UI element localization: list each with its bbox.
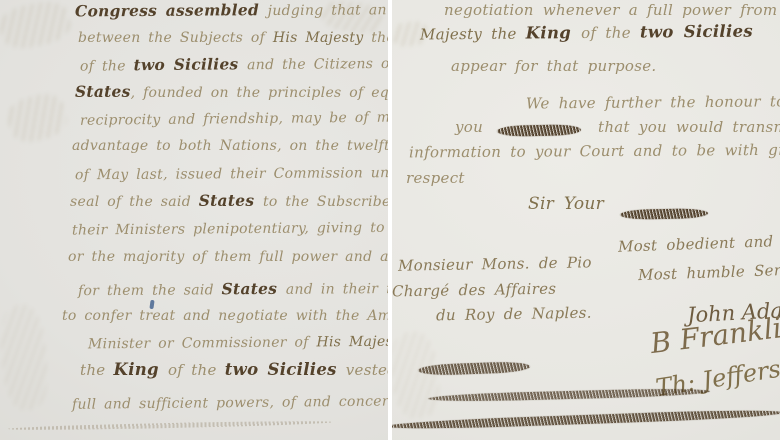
valediction-line: Most humble Servant xyxy=(638,261,780,284)
manuscript-line: or the majority of them full power and a… xyxy=(68,249,388,266)
manuscript-line: We have further the honour to request of xyxy=(526,92,780,112)
address-line: Monsieur Mons. de Pio xyxy=(398,254,592,274)
manuscript-text: that you would transmit the xyxy=(598,119,780,136)
manuscript-word: you xyxy=(455,119,483,136)
redaction-scribble xyxy=(620,208,708,220)
manuscript-line: appear for that purpose. xyxy=(451,58,656,75)
bleed-through-mark xyxy=(392,330,442,420)
manuscript-line: of the two Sicilies and the Citizens of … xyxy=(80,54,388,75)
manuscript-line: for them the said States and in their na… xyxy=(78,280,388,300)
manuscript-line: advantage to both Nations, on the twelft… xyxy=(72,138,388,155)
salutation-text: Sir Your xyxy=(528,196,604,213)
address-line: du Roy de Naples. xyxy=(436,305,592,325)
address-line: Chargé des Affaires xyxy=(392,281,556,301)
manuscript-line: respect xyxy=(406,170,465,187)
crossed-out-line xyxy=(392,408,780,431)
right-page: negotiation whenever a full power from H… xyxy=(392,0,780,440)
manuscript-line: to confer treat and negotiate with the A… xyxy=(62,308,388,325)
manuscript-line: negotiation whenever a full power from H… xyxy=(444,2,780,19)
erased-line-smudge xyxy=(8,420,333,432)
document-scan: Congress assembled judging that an inter… xyxy=(0,0,780,440)
manuscript-line-with-redaction: Sir Your xyxy=(392,196,780,222)
manuscript-line: the King of the two Sicilies vested with xyxy=(80,361,388,379)
manuscript-line: information to your Court and to be with… xyxy=(409,142,780,162)
manuscript-line: of May last, issued their Commission und… xyxy=(75,165,388,185)
manuscript-line: seal of the said States to the Subscribe… xyxy=(70,193,388,211)
manuscript-line: between the Subjects of His Majesty the … xyxy=(78,29,388,47)
bleed-through-mark xyxy=(0,303,50,411)
bleed-through-mark xyxy=(3,89,70,147)
manuscript-line: States, founded on the principles of equ… xyxy=(75,84,388,102)
manuscript-line: reciprocity and friendship, may be of mu… xyxy=(80,109,388,130)
manuscript-line-with-redaction: you that you would transmit the xyxy=(392,119,780,139)
bleed-through-mark xyxy=(0,0,74,53)
left-page: Congress assembled judging that an inter… xyxy=(0,0,388,440)
manuscript-line: full and sufficient powers, of and conce… xyxy=(72,393,388,414)
manuscript-line: their Ministers plenipotentiary, giving … xyxy=(72,219,388,239)
manuscript-line: Minister or Commissioner of His Majesty xyxy=(88,334,388,354)
valediction-line: Most obedient and xyxy=(618,233,774,255)
manuscript-line: Congress assembled judging that an inter… xyxy=(75,1,388,22)
page-divider xyxy=(388,0,392,440)
manuscript-line: Majesty the King of the two Sicilies xyxy=(420,23,753,44)
redaction-scribble xyxy=(497,124,581,136)
